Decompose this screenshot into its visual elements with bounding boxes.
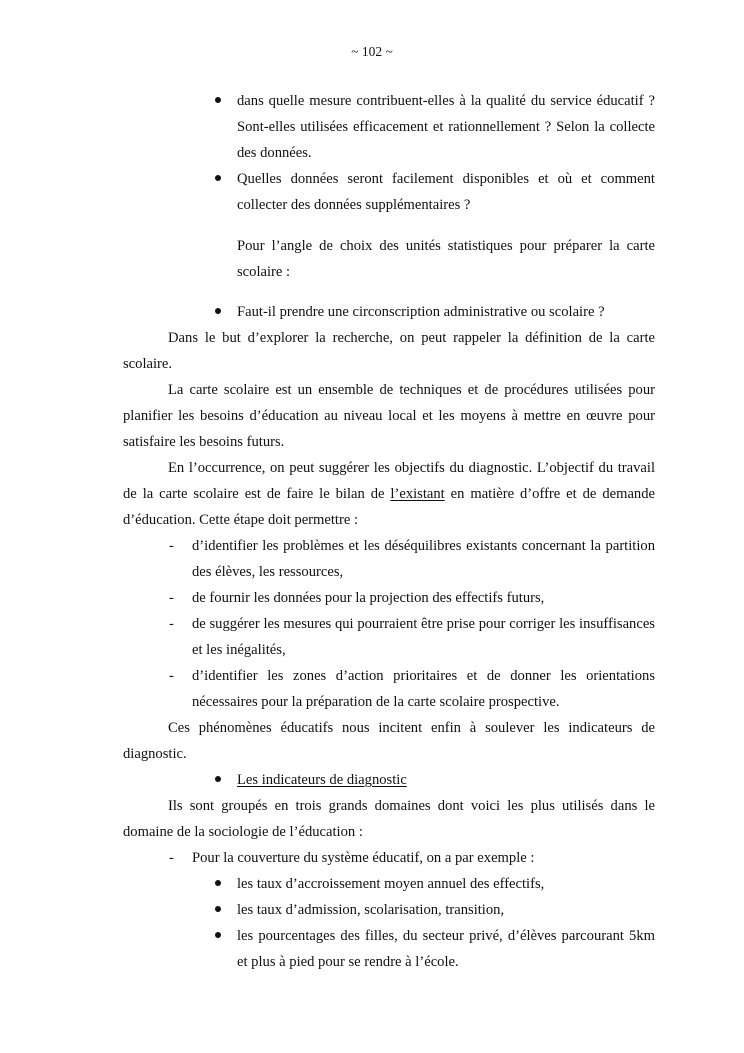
dash-icon: -: [169, 611, 174, 637]
list-item-text: Quelles données seront facilement dispon…: [237, 171, 655, 213]
list-item-text: les pourcentages des filles, du secteur …: [237, 928, 655, 970]
list-item-text: les taux d’admission, scolarisation, tra…: [237, 902, 504, 918]
list-item-text: dans quelle mesure contribuent-elles à l…: [237, 93, 655, 161]
bullet-icon: [215, 897, 221, 923]
list-item-text: d’identifier les zones d’action priorita…: [192, 668, 655, 710]
dash-icon: -: [169, 585, 174, 611]
list-item: Quelles données seront facilement dispon…: [237, 166, 655, 218]
document-body: dans quelle mesure contribuent-elles à l…: [123, 88, 655, 975]
dash-icon: -: [169, 533, 174, 559]
bullet-icon: [215, 299, 221, 325]
dash-icon: -: [169, 845, 174, 871]
dash-icon: -: [169, 663, 174, 689]
dash-list-item: - d’identifier les zones d’action priori…: [192, 663, 655, 715]
list-item-text: d’identifier les problèmes et les déséqu…: [192, 538, 655, 580]
paragraph: En l’occurrence, on peut suggérer les ob…: [123, 455, 655, 533]
list-item: les taux d’accroissement moyen annuel de…: [237, 871, 655, 897]
bullet-icon: [215, 767, 221, 793]
list-item: Faut-il prendre une circonscription admi…: [237, 299, 655, 325]
dash-list-item: - de fournir les données pour la project…: [192, 585, 655, 611]
section-heading: Les indicateurs de diagnostic: [237, 772, 407, 788]
bullet-icon: [215, 871, 221, 897]
list-item-text: de fournir les données pour la projectio…: [192, 590, 544, 606]
list-item-text: les taux d’accroissement moyen annuel de…: [237, 876, 544, 892]
paragraph: Ils sont groupés en trois grands domaine…: [123, 793, 655, 845]
paragraph: Dans le but d’explorer la recherche, on …: [123, 325, 655, 377]
dash-list-item: - Pour la couverture du système éducatif…: [192, 845, 655, 871]
dash-list-item: - de suggérer les mesures qui pourraient…: [192, 611, 655, 663]
paragraph: Ces phénomènes éducatifs nous incitent e…: [123, 715, 655, 767]
list-item: dans quelle mesure contribuent-elles à l…: [237, 88, 655, 166]
bullet-icon: [215, 923, 221, 949]
underlined-term: l’existant: [390, 486, 444, 502]
list-item: les pourcentages des filles, du secteur …: [237, 923, 655, 975]
section-heading-item: Les indicateurs de diagnostic: [237, 767, 655, 793]
list-item-text: de suggérer les mesures qui pourraient ê…: [192, 616, 655, 658]
list-item-text: Pour la couverture du système éducatif, …: [192, 850, 534, 866]
bullet-icon: [215, 166, 221, 192]
paragraph: La carte scolaire est un ensemble de tec…: [123, 377, 655, 455]
list-item-text: Faut-il prendre une circonscription admi…: [237, 304, 605, 320]
dash-list-item: - d’identifier les problèmes et les désé…: [192, 533, 655, 585]
bullet-icon: [215, 88, 221, 114]
page-number: ~ 102 ~: [0, 42, 744, 62]
list-item: les taux d’admission, scolarisation, tra…: [237, 897, 655, 923]
list-continuation-text: Pour l’angle de choix des unités statist…: [237, 233, 655, 285]
